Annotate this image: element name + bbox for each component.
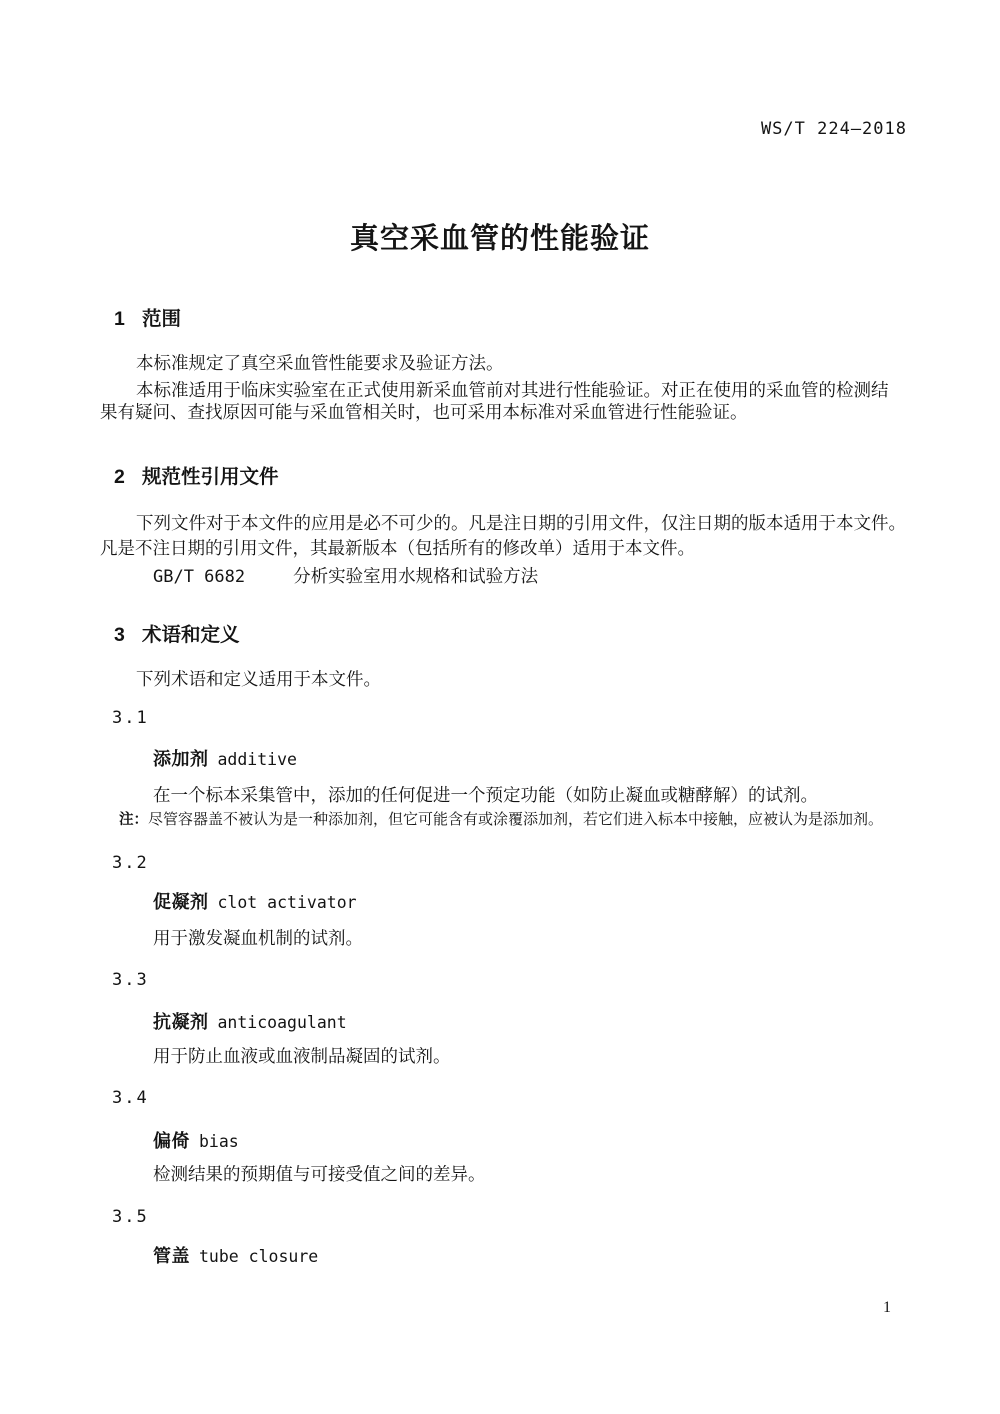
term-name-en: clot activator (218, 893, 357, 912)
reference-title: 分析实验室用水规格和试验方法 (293, 566, 538, 586)
section-title: 规范性引用文件 (142, 466, 279, 488)
section-2-heading: 2规范性引用文件 (114, 461, 279, 489)
term-3-1-definition: 在一个标本采集管中，添加的任何促进一个预定功能（如防止凝血或糖酵解）的试剂。 (153, 784, 945, 806)
term-name-en: bias (199, 1132, 239, 1151)
paragraph-line: 本标准适用于临床实验室在正式使用新采血管前对其进行性能验证。对正在使用的采血管的… (100, 379, 945, 401)
term-name-en: tube closure (199, 1247, 318, 1266)
term-name-zh: 管盖 (153, 1246, 190, 1266)
term-name-zh: 促凝剂 (153, 892, 209, 912)
paragraph-line: 果有疑问、查找原因可能与采血管相关时，也可采用本标准对采血管进行性能验证。 (100, 401, 945, 423)
reference-code: GB/T 6682 (153, 567, 245, 587)
clause-number-3-4: 3.4 (112, 1088, 149, 1108)
term-name-en: anticoagulant (218, 1013, 347, 1032)
clause-number-3-5: 3.5 (112, 1207, 149, 1227)
term-name-en: additive (218, 750, 297, 769)
term-3-3-definition: 用于防止血液或血液制品凝固的试剂。 (153, 1045, 945, 1067)
section-number: 3 (114, 624, 142, 647)
term-3-5: 管盖tube closure (153, 1242, 318, 1268)
section-title: 范围 (142, 308, 181, 330)
section-number: 2 (114, 466, 142, 489)
term-3-1: 添加剂additive (153, 745, 297, 771)
paragraph-line: 凡是不注日期的引用文件，其最新版本（包括所有的修改单）适用于本文件。 (100, 536, 945, 561)
section-1-heading: 1范围 (114, 303, 181, 331)
term-3-3: 抗凝剂anticoagulant (153, 1008, 347, 1034)
term-name-zh: 偏倚 (153, 1131, 190, 1151)
term-name-zh: 添加剂 (153, 749, 209, 769)
reference-entry: GB/T 6682分析实验室用水规格和试验方法 (153, 563, 538, 588)
term-3-4: 偏倚bias (153, 1127, 239, 1153)
term-name-zh: 抗凝剂 (153, 1012, 209, 1032)
document-page: WS/T 224—2018 真空采血管的性能验证 1范围 本标准规定了真空采血管… (0, 0, 1000, 1414)
term-3-2: 促凝剂clot activator (153, 888, 357, 914)
section-3-heading: 3术语和定义 (114, 619, 240, 647)
term-3-4-definition: 检测结果的预期值与可接受值之间的差异。 (153, 1163, 945, 1185)
note-text: 尽管容器盖不被认为是一种添加剂，但它可能含有或涂覆添加剂，若它们进入标本中接触，… (148, 812, 883, 828)
scope-paragraph-1: 本标准规定了真空采血管性能要求及验证方法。 (100, 352, 981, 374)
clause-number-3-2: 3.2 (112, 853, 149, 873)
standard-number: WS/T 224—2018 (761, 119, 907, 139)
scope-paragraph-2: 本标准适用于临床实验室在正式使用新采血管前对其进行性能验证。对正在使用的采血管的… (100, 379, 945, 423)
clause-number-3-1: 3.1 (112, 708, 149, 728)
term-3-2-definition: 用于激发凝血机制的试剂。 (153, 927, 945, 949)
term-3-1-note: 注：尽管容器盖不被认为是一种添加剂，但它可能含有或涂覆添加剂，若它们进入标本中接… (119, 811, 945, 830)
paragraph-line: 下列文件对于本文件的应用是必不可少的。凡是注日期的引用文件，仅注日期的版本适用于… (100, 511, 945, 536)
section-title: 术语和定义 (142, 624, 240, 646)
terms-intro: 下列术语和定义适用于本文件。 (100, 668, 981, 690)
clause-number-3-3: 3.3 (112, 970, 149, 990)
note-label: 注： (119, 812, 148, 828)
section-number: 1 (114, 308, 142, 331)
document-title: 真空采血管的性能验证 (0, 216, 1000, 257)
page-number: 1 (883, 1299, 891, 1317)
normative-references-paragraph: 下列文件对于本文件的应用是必不可少的。凡是注日期的引用文件，仅注日期的版本适用于… (100, 511, 945, 561)
